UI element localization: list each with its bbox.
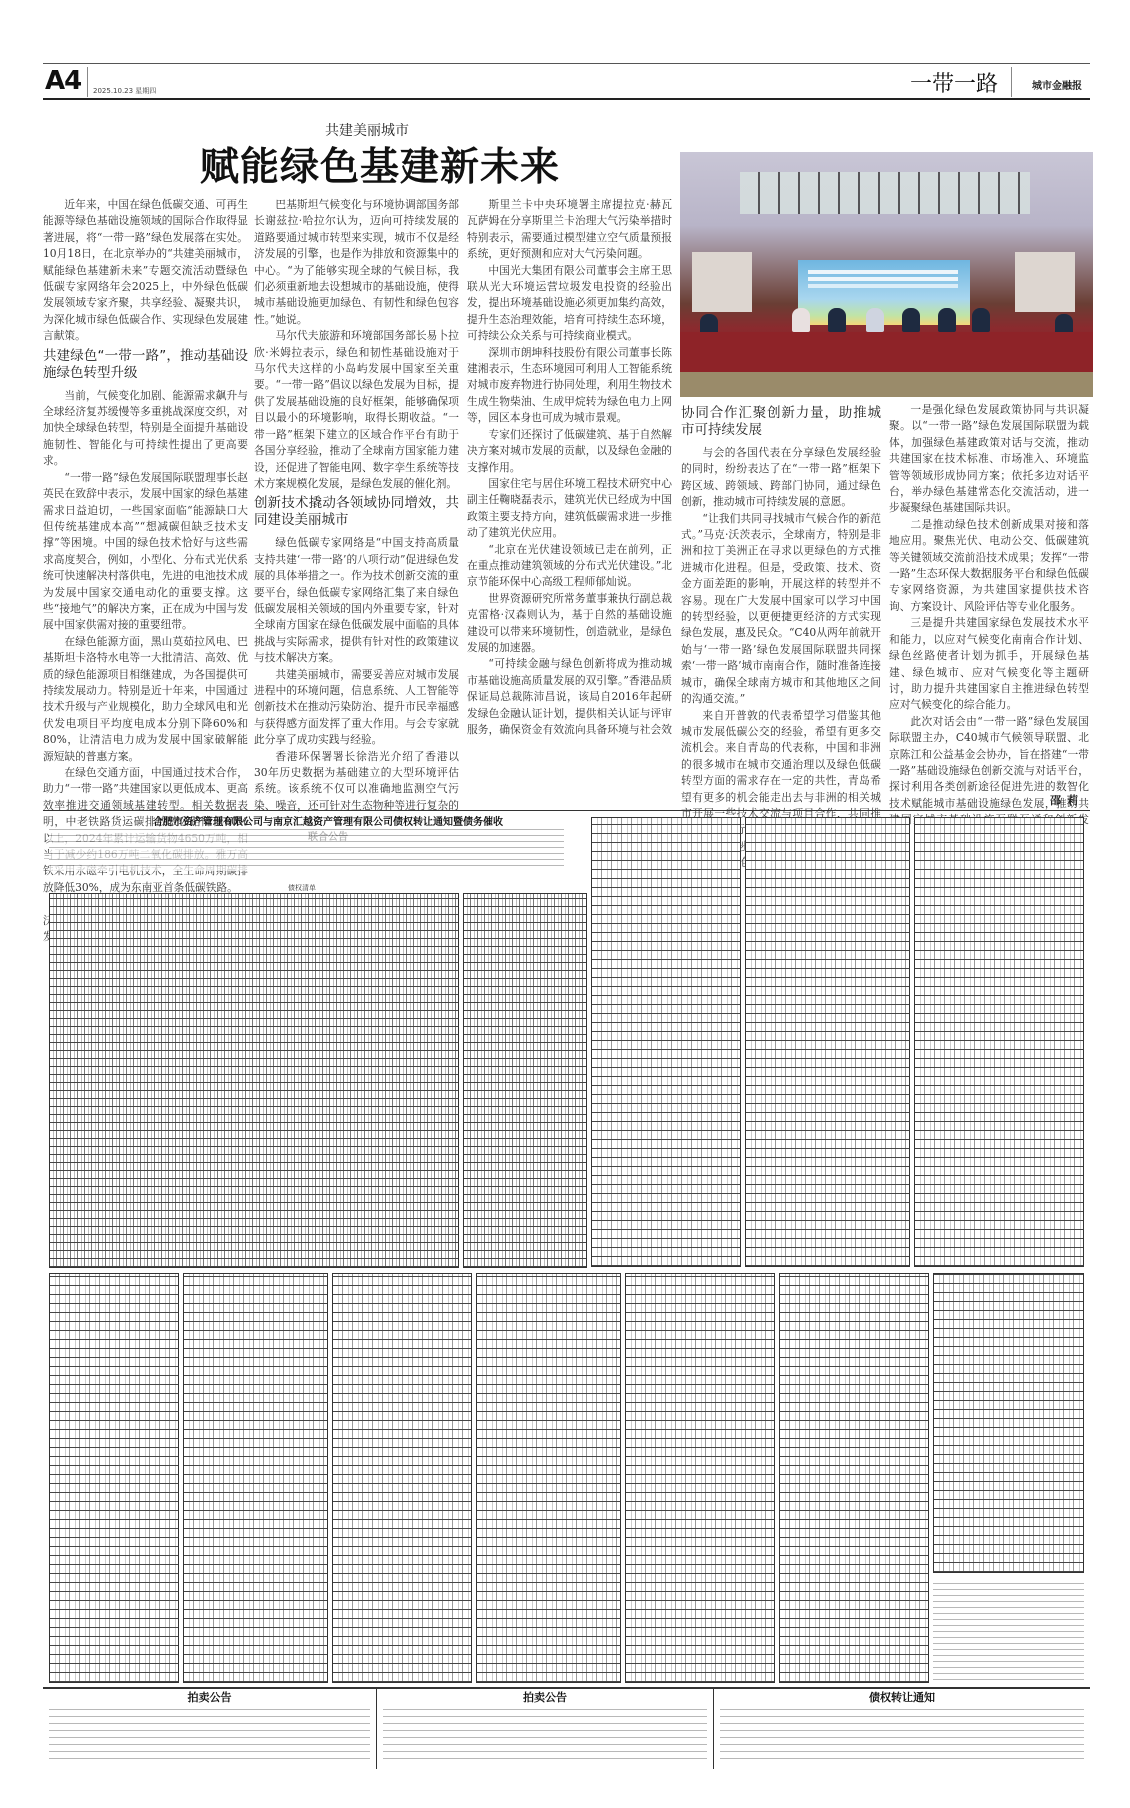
auction-notice: 拍卖公告 <box>377 1689 713 1769</box>
notice-footer-text <box>933 1581 1084 1681</box>
subheading: 创新技术撬动各领域协同增效，共同建设美丽城市 <box>254 495 459 529</box>
ceiling-skylight <box>740 172 1030 214</box>
notice-body <box>720 1707 1084 1759</box>
debt-table <box>591 817 741 1267</box>
conference-photo <box>680 152 1093 397</box>
paragraph: 香港环保署署长徐浩光介绍了香港以30年历史数据为基础建立的大型环境评估系统。该系… <box>254 749 459 815</box>
notice-title: 债权转让通知 <box>714 1689 1090 1705</box>
author-byline: 邵莉 <box>1050 792 1084 808</box>
person <box>938 308 956 332</box>
notice-title: 拍卖公告 <box>377 1689 713 1705</box>
divider <box>1011 67 1012 97</box>
paragraph: “可持续金融与绿色创新将成为推动城市基础设施高质量发展的双引擎。”香港品质保证局… <box>467 656 672 738</box>
paragraph: 深圳市朗坤科技股份有限公司董事长陈建湘表示，生态环境园可利用人工智能系统对城市废… <box>467 345 672 427</box>
issue-date: 2025.10.23 星期四 <box>93 86 156 96</box>
debt-table <box>745 817 910 1267</box>
debt-table <box>625 1273 775 1683</box>
legal-notices: 合肥市资产管理有限公司与南京汇越资产管理有限公司债权转让通知暨债务催收联合公告 … <box>43 810 1090 1685</box>
auction-notice: 拍卖公告 <box>43 1689 376 1769</box>
article-headline: 赋能绿色基建新未来 <box>200 136 560 192</box>
article-column-4: 协同合作汇聚创新力量，助推城市可持续发展 与会的各国代表在分享绿色发展经验的同时… <box>681 402 881 873</box>
paragraph: 与会的各国代表在分享绿色发展经验的同时，纷纷表达了在“一带一路”框架下跨区域、跨… <box>681 445 881 511</box>
debt-table <box>933 1273 1084 1573</box>
person <box>902 308 920 332</box>
debt-table <box>49 1273 179 1683</box>
person <box>828 308 846 332</box>
newspaper-name: 城市金融报 <box>1032 77 1082 92</box>
paragraph: 一是强化绿色发展政策协同与共识凝聚。以“一带一路”绿色发展国际联盟为载体，加强绿… <box>889 402 1089 517</box>
debt-table <box>332 1273 472 1683</box>
divider <box>87 67 88 97</box>
paragraph: “北京在光伏建设领域已走在前列，正在重点推动建筑领域的分布式光伏建设。”北京节能… <box>467 542 672 591</box>
paragraph: 当前，气候变化加剧、能源需求飙升与全球经济复苏缓慢等多重挑战深度交织，对加快全球… <box>43 388 248 470</box>
page-number: A4 <box>45 66 81 96</box>
debt-table <box>476 1273 621 1683</box>
notice-title: 拍卖公告 <box>43 1689 376 1705</box>
paragraph: 二是推动绿色技术创新成果对接和落地应用。聚焦光伏、电动公交、低碳建筑等关键领域交… <box>889 517 1089 615</box>
person <box>792 308 810 332</box>
table-label: 债权清单 <box>288 883 316 893</box>
paragraph: 世界资源研究所常务董事兼执行副总裁克雷格·汉森则认为，基于自然的基础设施建设可以… <box>467 591 672 657</box>
paragraph: 巴基斯坦气候变化与环境协调部国务部长谢兹拉·哈拉尔认为，迈向可持续发展的道路要通… <box>254 197 459 328</box>
debt-table <box>183 1273 328 1683</box>
paragraph: 在绿色能源方面，黑山莫茹拉风电、巴基斯坦卡洛特水电等一大批清洁、高效、优质的绿色… <box>43 634 248 765</box>
debt-table <box>49 893 459 1268</box>
notice-body <box>383 1707 707 1759</box>
article-column-3: 斯里兰卡中央环境署主席提拉克·赫瓦瓦萨姆在分享斯里兰卡治理大气污染举措时特别表示… <box>467 197 672 738</box>
wall-panel <box>1015 252 1075 312</box>
paragraph: 共建美丽城市，需要妥善应对城市发展进程中的环境问题，信息系统、人工智能等创新技术… <box>254 667 459 749</box>
article-column-2: 巴基斯坦气候变化与环境协调部国务部长谢兹拉·哈拉尔认为，迈向可持续发展的道路要通… <box>254 197 459 815</box>
debt-table <box>463 893 587 1268</box>
debt-table <box>914 817 1084 1267</box>
conference-table <box>680 332 1093 372</box>
bottom-notices: 拍卖公告 拍卖公告 债权转让通知 <box>43 1687 1090 1767</box>
paragraph: “一带一路”绿色发展国际联盟理事长赵英民在致辞中表示，发展中国家的绿色基建需求日… <box>43 470 248 634</box>
paragraph: 国家住宅与居住环境工程技术研究中心副主任鞠晓磊表示，建筑光伏已经成为中国政策主要… <box>467 476 672 542</box>
wall-panel <box>692 252 752 312</box>
person <box>866 308 884 332</box>
floor <box>680 372 1093 397</box>
subheading: 共建绿色“一带一路”，推动基础设施绿色转型升级 <box>43 348 248 382</box>
paragraph: 马尔代夫旅游和环境部国务部长易卜拉欣·米姆拉表示，绿色和韧性基础设施对于马尔代夫… <box>254 328 459 492</box>
paragraph: 中国光大集团有限公司董事会主席王思联从光大环境运营垃圾发电投资的经验出发，提出环… <box>467 263 672 345</box>
debt-table <box>779 1273 929 1683</box>
paragraph: 近年来，中国在绿色低碳交通、可再生能源等绿色基础设施领域的国际合作取得显著进展，… <box>43 197 248 345</box>
paragraph: 专家们还探讨了低碳建筑、基于自然解决方案对城市发展的贡献，以及绿色金融的支撑作用… <box>467 427 672 476</box>
paragraph: 绿色低碳专家网络是“中国支持高质量支持共建‘一带一路’的八项行动”促进绿色发展的… <box>254 535 459 666</box>
paragraph: 三是提升共建国家绿色发展技术水平和能力，以应对气候变化南南合作计划、绿色丝路使者… <box>889 615 1089 713</box>
debt-transfer-notice: 债权转让通知 <box>714 1689 1090 1769</box>
notice-intro-text <box>49 827 564 871</box>
paragraph: 斯里兰卡中央环境署主席提拉克·赫瓦瓦萨姆在分享斯里兰卡治理大气污染举措时特别表示… <box>467 197 672 263</box>
article-column-5: 一是强化绿色发展政策协同与共识凝聚。以“一带一路”绿色发展国际联盟为载体，加强绿… <box>889 402 1089 845</box>
person <box>972 308 990 332</box>
subheading: 协同合作汇聚创新力量，助推城市可持续发展 <box>681 405 881 439</box>
section-title: 一带一路 <box>910 67 998 98</box>
notice-body <box>49 1707 370 1759</box>
masthead: A4 2025.10.23 星期四 一带一路 城市金融报 <box>43 63 1090 100</box>
paragraph: “让我们共同寻找城市气候合作的新范式。”马克·沃茨表示，全球南方，特别是非洲和拉… <box>681 511 881 708</box>
